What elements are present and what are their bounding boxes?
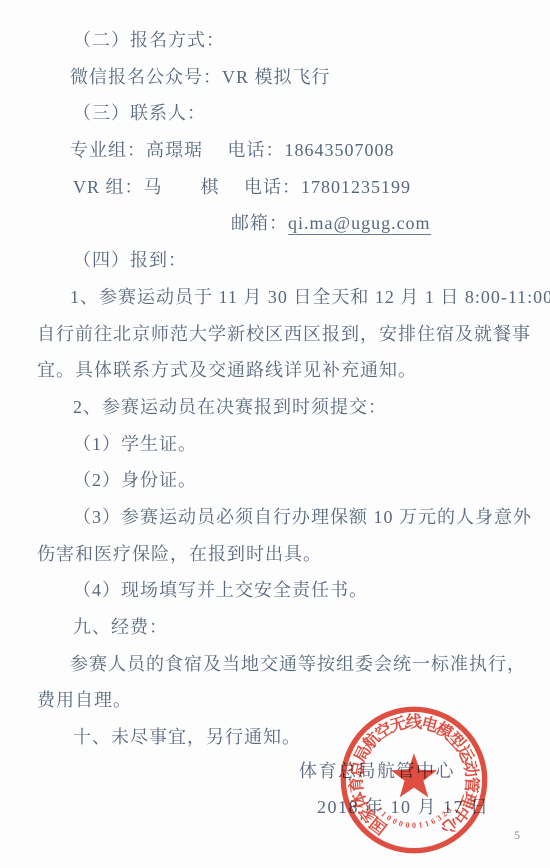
scanned-document-page: （二）报名方式：微信报名公众号：VR 模拟飞行（三）联系人：专业组：高璟琚 电话… — [0, 0, 550, 868]
document-line: （1）学生证。 — [73, 426, 550, 463]
document-line: 微信报名公众号：VR 模拟飞行 — [70, 59, 550, 96]
document-line: 宜。具体联系方式及交通路线详见补充通知。 — [37, 352, 550, 389]
document-line: 参赛人员的食宿及当地交通等按组委会统一标准执行， — [70, 646, 550, 683]
stamp-serial-number-digit: 0 — [391, 816, 398, 826]
document-line: 邮箱：qi.ma@ugug.com — [231, 205, 550, 242]
stamp-serial-number-digit: 1 — [418, 820, 423, 829]
document-line: （2）身份证。 — [73, 462, 550, 499]
document-line: （三）联系人： — [73, 95, 550, 132]
document-line: （4）现场填写并上交安全责任书。 — [73, 572, 550, 609]
stamp-serial-number-digit: 0 — [405, 820, 410, 829]
document-line: VR 组：马 棋 电话：17801235199 — [73, 169, 550, 206]
stamp-serial-number-digit: 1 — [424, 819, 430, 829]
page-number: 5 — [514, 828, 520, 843]
official-seal-stamp: 国家体育总局航空无线电模型运动管理中心1100000116321 — [338, 704, 490, 856]
document-line: 伤害和医疗保险，在报到时出具。 — [37, 536, 550, 573]
document-line: （3）参赛运动员必须自行办理保额 10 万元的人身意外 — [73, 499, 550, 536]
document-line: （二）报名方式： — [73, 22, 550, 59]
document-line: 1、参赛运动员于 11 月 30 日全天和 12 月 1 日 8:00-11:0… — [70, 279, 550, 316]
document-line: 专业组：高璟琚 电话：18643507008 — [70, 132, 550, 169]
stamp-star — [391, 753, 437, 797]
document-body: （二）报名方式：微信报名公众号：VR 模拟飞行（三）联系人：专业组：高璟琚 电话… — [0, 22, 550, 756]
line-text: 邮箱： — [231, 213, 288, 233]
stamp-serial-number-digit: 0 — [398, 819, 404, 829]
document-line: （四）报到： — [73, 242, 550, 279]
document-line: 自行前往北京师范大学新校区西区报到，安排住宿及就餐事 — [37, 316, 550, 353]
email-link: qi.ma@ugug.com — [288, 213, 431, 235]
document-line: 2、参赛运动员在决赛报到时须提交： — [73, 389, 550, 426]
stamp-serial-number-digit: 0 — [412, 821, 416, 830]
document-line: 九、经费： — [73, 609, 550, 646]
